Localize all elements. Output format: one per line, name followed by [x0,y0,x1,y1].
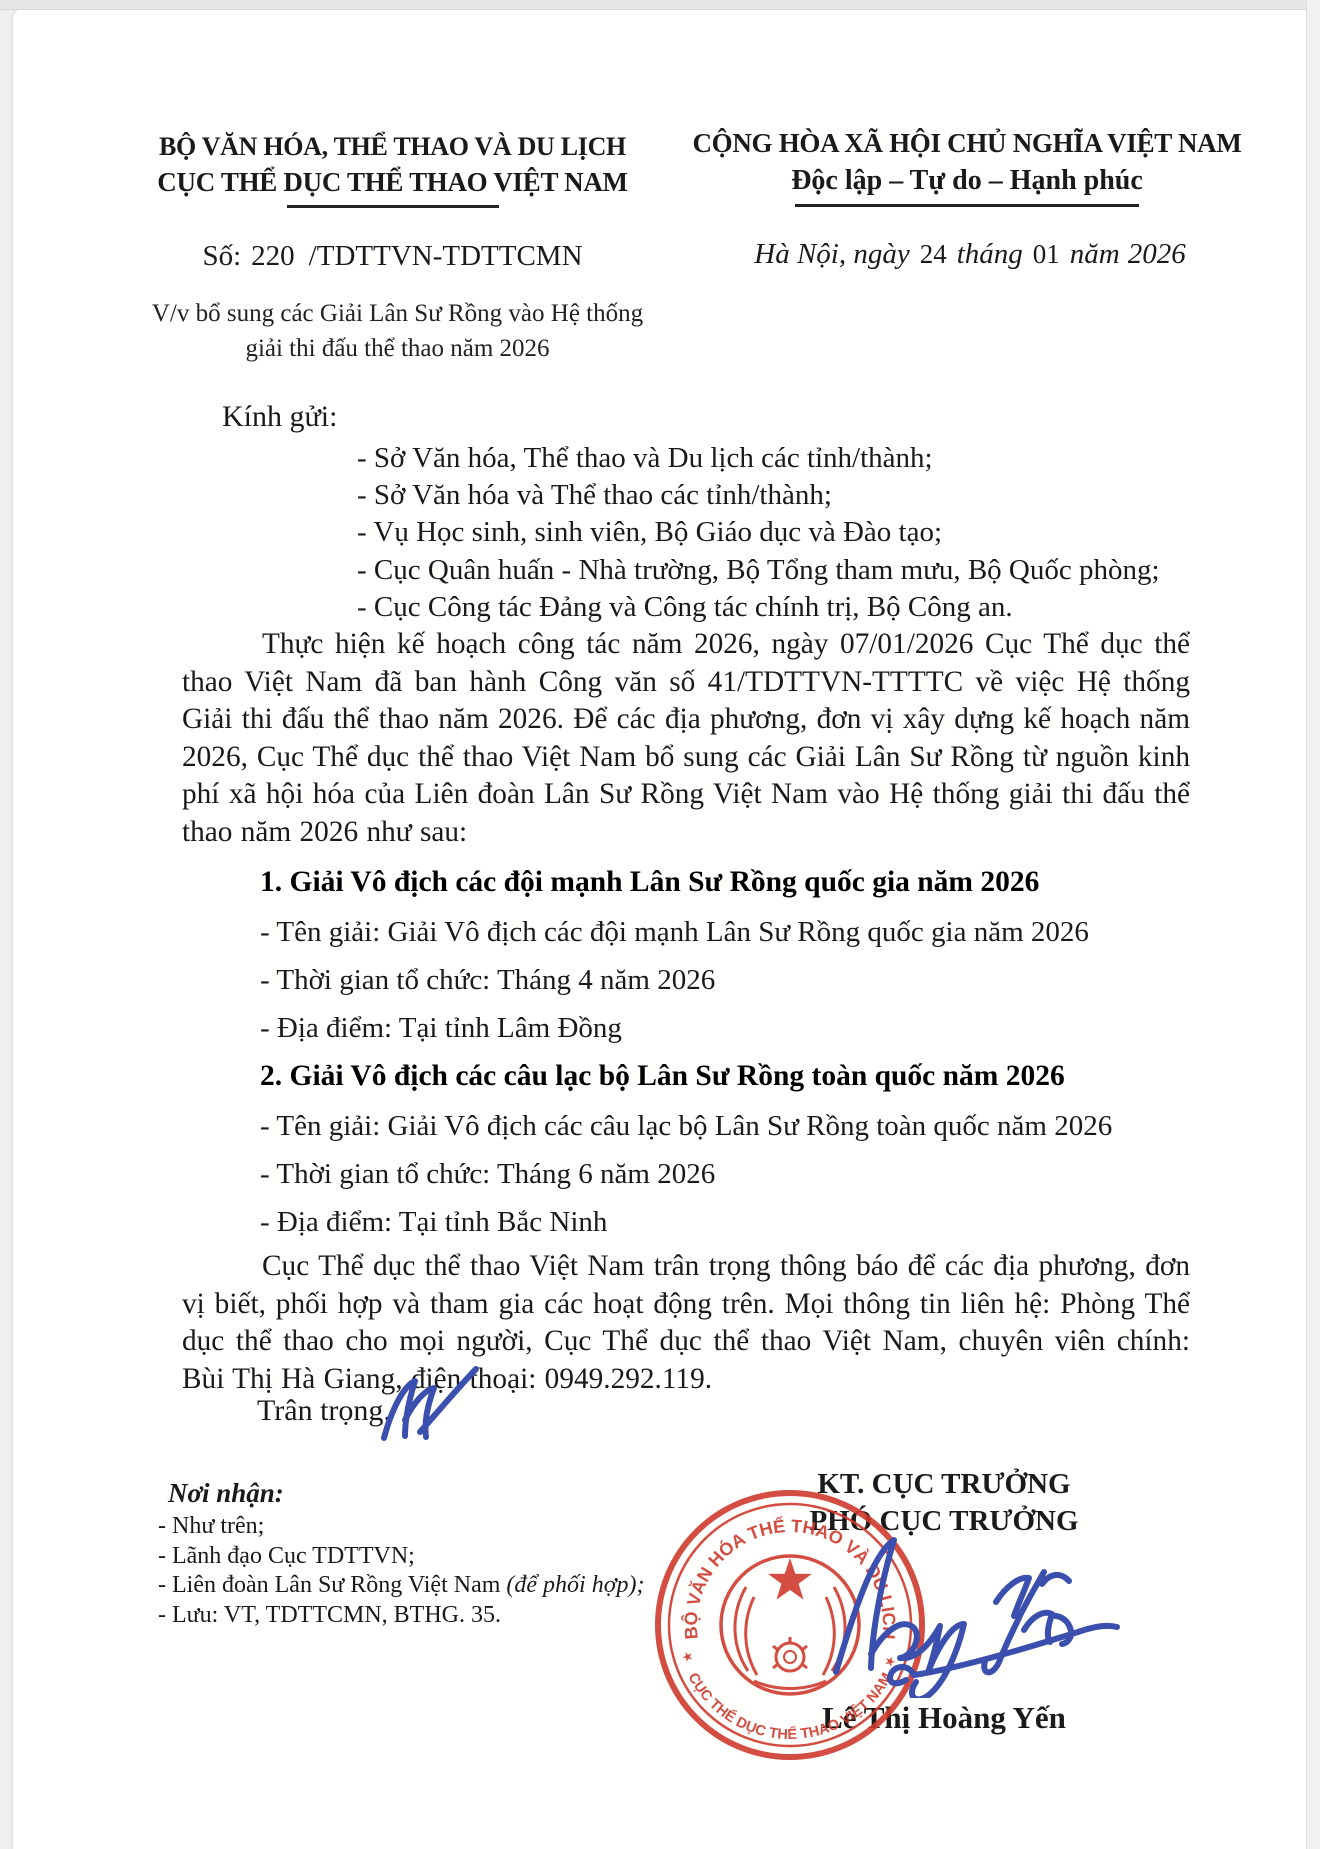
national-header: CỘNG HÒA XÃ HỘI CHỦ NGHĨA VIỆT NAM Độc l… [660,128,1274,207]
outro-paragraph: Cục Thể dục thể thao Việt Nam trân trọng… [182,1248,1190,1398]
section-1-item-venue: - Địa điểm: Tại tỉnh Lâm Đồng [260,1012,622,1045]
cc-item: - Như trên; [158,1512,645,1542]
section-1-item-name: - Tên giải: Giải Vô địch các đội mạnh Lâ… [260,916,1089,949]
emblem-star [768,1558,812,1600]
section-2-heading: 2. Giải Vô địch các câu lạc bộ Lân Sư Rồ… [260,1060,1065,1093]
place-date-line: Hà Nội, ngày24tháng01năm2026 [680,238,1260,271]
section-1-heading: 1. Giải Vô địch các đội mạnh Lân Sư Rồng… [260,866,1039,899]
signature-ascender-loop [836,1540,894,1672]
date-day: 24 [920,239,947,269]
issuer-header: BỘ VĂN HÓA, THỂ THAO VÀ DU LỊCH CỤC THỂ … [140,132,645,208]
subject-line-2: giải thi đấu thể thao năm 2026 [145,331,650,366]
doc-number-suffix: /TDTTVN-TDTTCMN [309,240,583,272]
national-name: CỘNG HÒA XÃ HỘI CHỦ NGHĨA VIỆT NAM [660,128,1274,159]
section-2-item-name: - Tên giải: Giải Vô địch các câu lạc bộ … [260,1110,1112,1143]
recipient-item: - Cục Công tác Đảng và Công tác chính tr… [357,589,1160,626]
cc-list: - Như trên; - Lãnh đạo Cục TDTTVN; - Liê… [158,1512,645,1630]
cc-item: - Liên đoàn Lân Sư Rồng Việt Nam (để phố… [158,1571,645,1601]
doc-number-label: Số: [202,240,241,272]
handwritten-signature [828,1530,1128,1698]
signature-oa-loop [871,1624,940,1658]
intro-paragraph: Thực hiện kế hoạch công tác năm 2026, ng… [182,626,1190,852]
recipient-item: - Sở Văn hóa và Thể thao các tỉnh/thành; [357,477,1160,514]
paraph-initials-signature [376,1364,488,1456]
national-motto: Độc lập – Tự do – Hạnh phúc [660,165,1274,197]
signature-circumflex [1042,1575,1069,1584]
section-1-item-time: - Thời gian tổ chức: Tháng 4 năm 2026 [260,964,715,997]
recipient-item: - Cục Quân huấn - Nhà trường, Bộ Tổng th… [357,552,1160,589]
date-word-year: năm [1070,238,1120,270]
doc-number-line: Số:220/TDTTVN-TDTTCMN [140,240,645,273]
date-word-month: tháng [957,238,1023,270]
issuer-parent-org: BỘ VĂN HÓA, THỂ THAO VÀ DU LỊCH [140,132,645,162]
seal-star-left-icon: ★ [679,1647,696,1665]
subject-line-1: V/v bổ sung các Giải Lân Sư Rồng vào Hệ … [145,296,650,331]
cc-item-note: (để phối hợp); [506,1572,644,1598]
recipient-list: - Sở Văn hóa, Thể thao và Du lịch các tỉ… [357,440,1160,626]
date-year: 2026 [1128,238,1186,270]
subject: V/v bổ sung các Giải Lân Sư Rồng vào Hệ … [145,296,650,366]
issuer-underline [287,205,499,208]
emblem-gear-hub [784,1651,796,1663]
issuer-org-name: CỤC THỂ DỤC THỂ THAO VIỆT NAM [140,167,645,198]
emblem-rice-left-inner [746,1597,757,1675]
emblem-gear [776,1643,804,1671]
date-prefix: Hà Nội, ngày [754,238,909,270]
recipient-item: - Vụ Học sinh, sinh viên, Bộ Giáo dục và… [357,514,1160,551]
signature-underline-flourish [890,1626,1117,1683]
motto-underline [795,204,1139,207]
cc-item: - Lãnh đạo Cục TDTTVN; [158,1542,645,1572]
page-top-edge [0,0,1320,10]
salutation: Kính gửi: [222,400,337,434]
document-scan: BỘ VĂN HÓA, THỂ THAO VÀ DU LỊCH CỤC THỂ … [0,0,1320,1849]
cc-item: - Lưu: VT, TDTTCMN, BTHG. 35. [158,1601,645,1631]
page-right-edge [1306,0,1320,1849]
section-2-item-time: - Thời gian tổ chức: Tháng 6 năm 2026 [260,1158,715,1191]
date-month: 01 [1033,239,1060,269]
recipient-item: - Sở Văn hóa, Thể thao và Du lịch các tỉ… [357,440,1160,477]
doc-number-value: 220 [251,240,295,272]
cc-label: Nơi nhận: [168,1478,284,1509]
section-2-item-venue: - Địa điểm: Tại tỉnh Bắc Ninh [260,1206,607,1239]
